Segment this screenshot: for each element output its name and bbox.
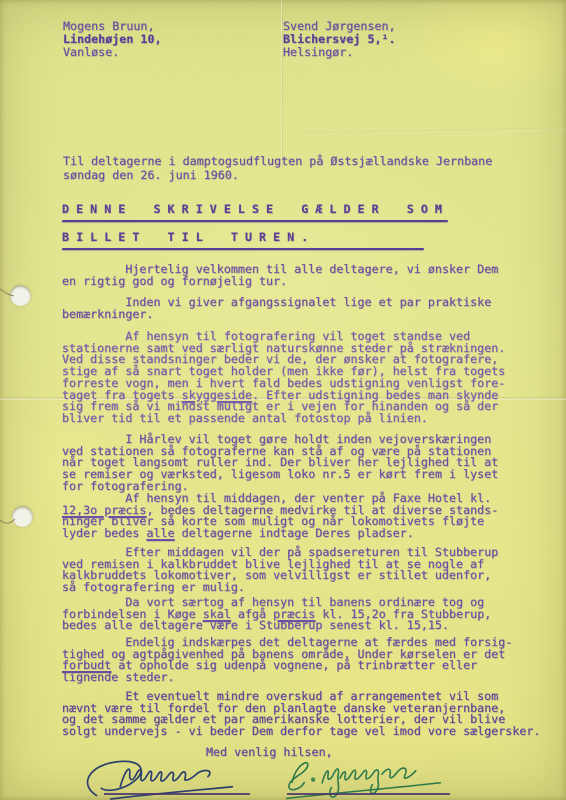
salutation: Til deltagerne i damptogsudflugten på Øs… [63,155,492,183]
text-line: lignende steder. [62,672,512,684]
headline-underline-2 [62,248,424,250]
text-line: bliver tid til et passende antal fotosto… [62,413,505,425]
sender-address-right: Svend Jørgensen,Blichersvej 5,¹.Helsingø… [283,20,396,59]
letter-scan: Mogens Bruun,Lindehøjen 10,Vanløse. Sven… [0,0,566,800]
headline-underline-1 [62,220,448,222]
text-line: søndag den 26. juni 1960. [63,169,492,183]
text-line: bemærkninger. [62,309,491,321]
text-line: Til deltagerne i damptogsudflugten på Øs… [63,155,492,169]
body-paragraph: Et eventuelt mindre overskud af arrangem… [62,691,540,738]
headline-line-2: B I L L E T T I L T U R E N . [62,232,308,244]
body-paragraph: Hjertelig velkommen til alle deltagere, … [62,264,498,287]
text-line: så fotografering er mulig. [62,582,498,594]
punch-hole-bottom [12,506,33,527]
faint-crease [300,128,566,135]
text-line: solgt undervejs - vi beder Dem derfor ta… [62,726,540,738]
text-line: Helsingør. [283,46,396,59]
text-line: lyder bedes alle deltagerne indtage Dere… [62,528,498,540]
text-line: en rigtig god og fornøjelig tur. [62,276,498,288]
body-paragraph: Efter middagen vil der på spadsereturen … [62,547,498,594]
text-line: Vanløse. [63,46,162,59]
text-line: bedes alle deltagere være i Stubberup se… [62,620,491,632]
body-paragraph: Endelig indskærpes det deltagerne at fær… [62,637,512,684]
body-paragraph: Inden vi giver afgangssignalet lige et p… [62,297,491,320]
body-paragraph: Af hensyn til fotografering vil toget st… [62,331,505,425]
headline-line-1: D E N N E S K R I V E L S E G Æ L D E R … [62,204,442,216]
body-paragraph: Da vort særtog af hensyn til banens ordi… [62,597,491,632]
signature-underline-left [104,793,250,795]
sender-address-left: Mogens Bruun,Lindehøjen 10,Vanløse. [63,20,162,59]
signature-underline-right [287,793,450,795]
punch-hole-top [10,285,31,306]
body-paragraph: I Hårlev vil toget gøre holdt inden vejo… [62,434,498,493]
body-paragraph: Af hensyn til middagen, der venter på Fa… [62,493,498,540]
